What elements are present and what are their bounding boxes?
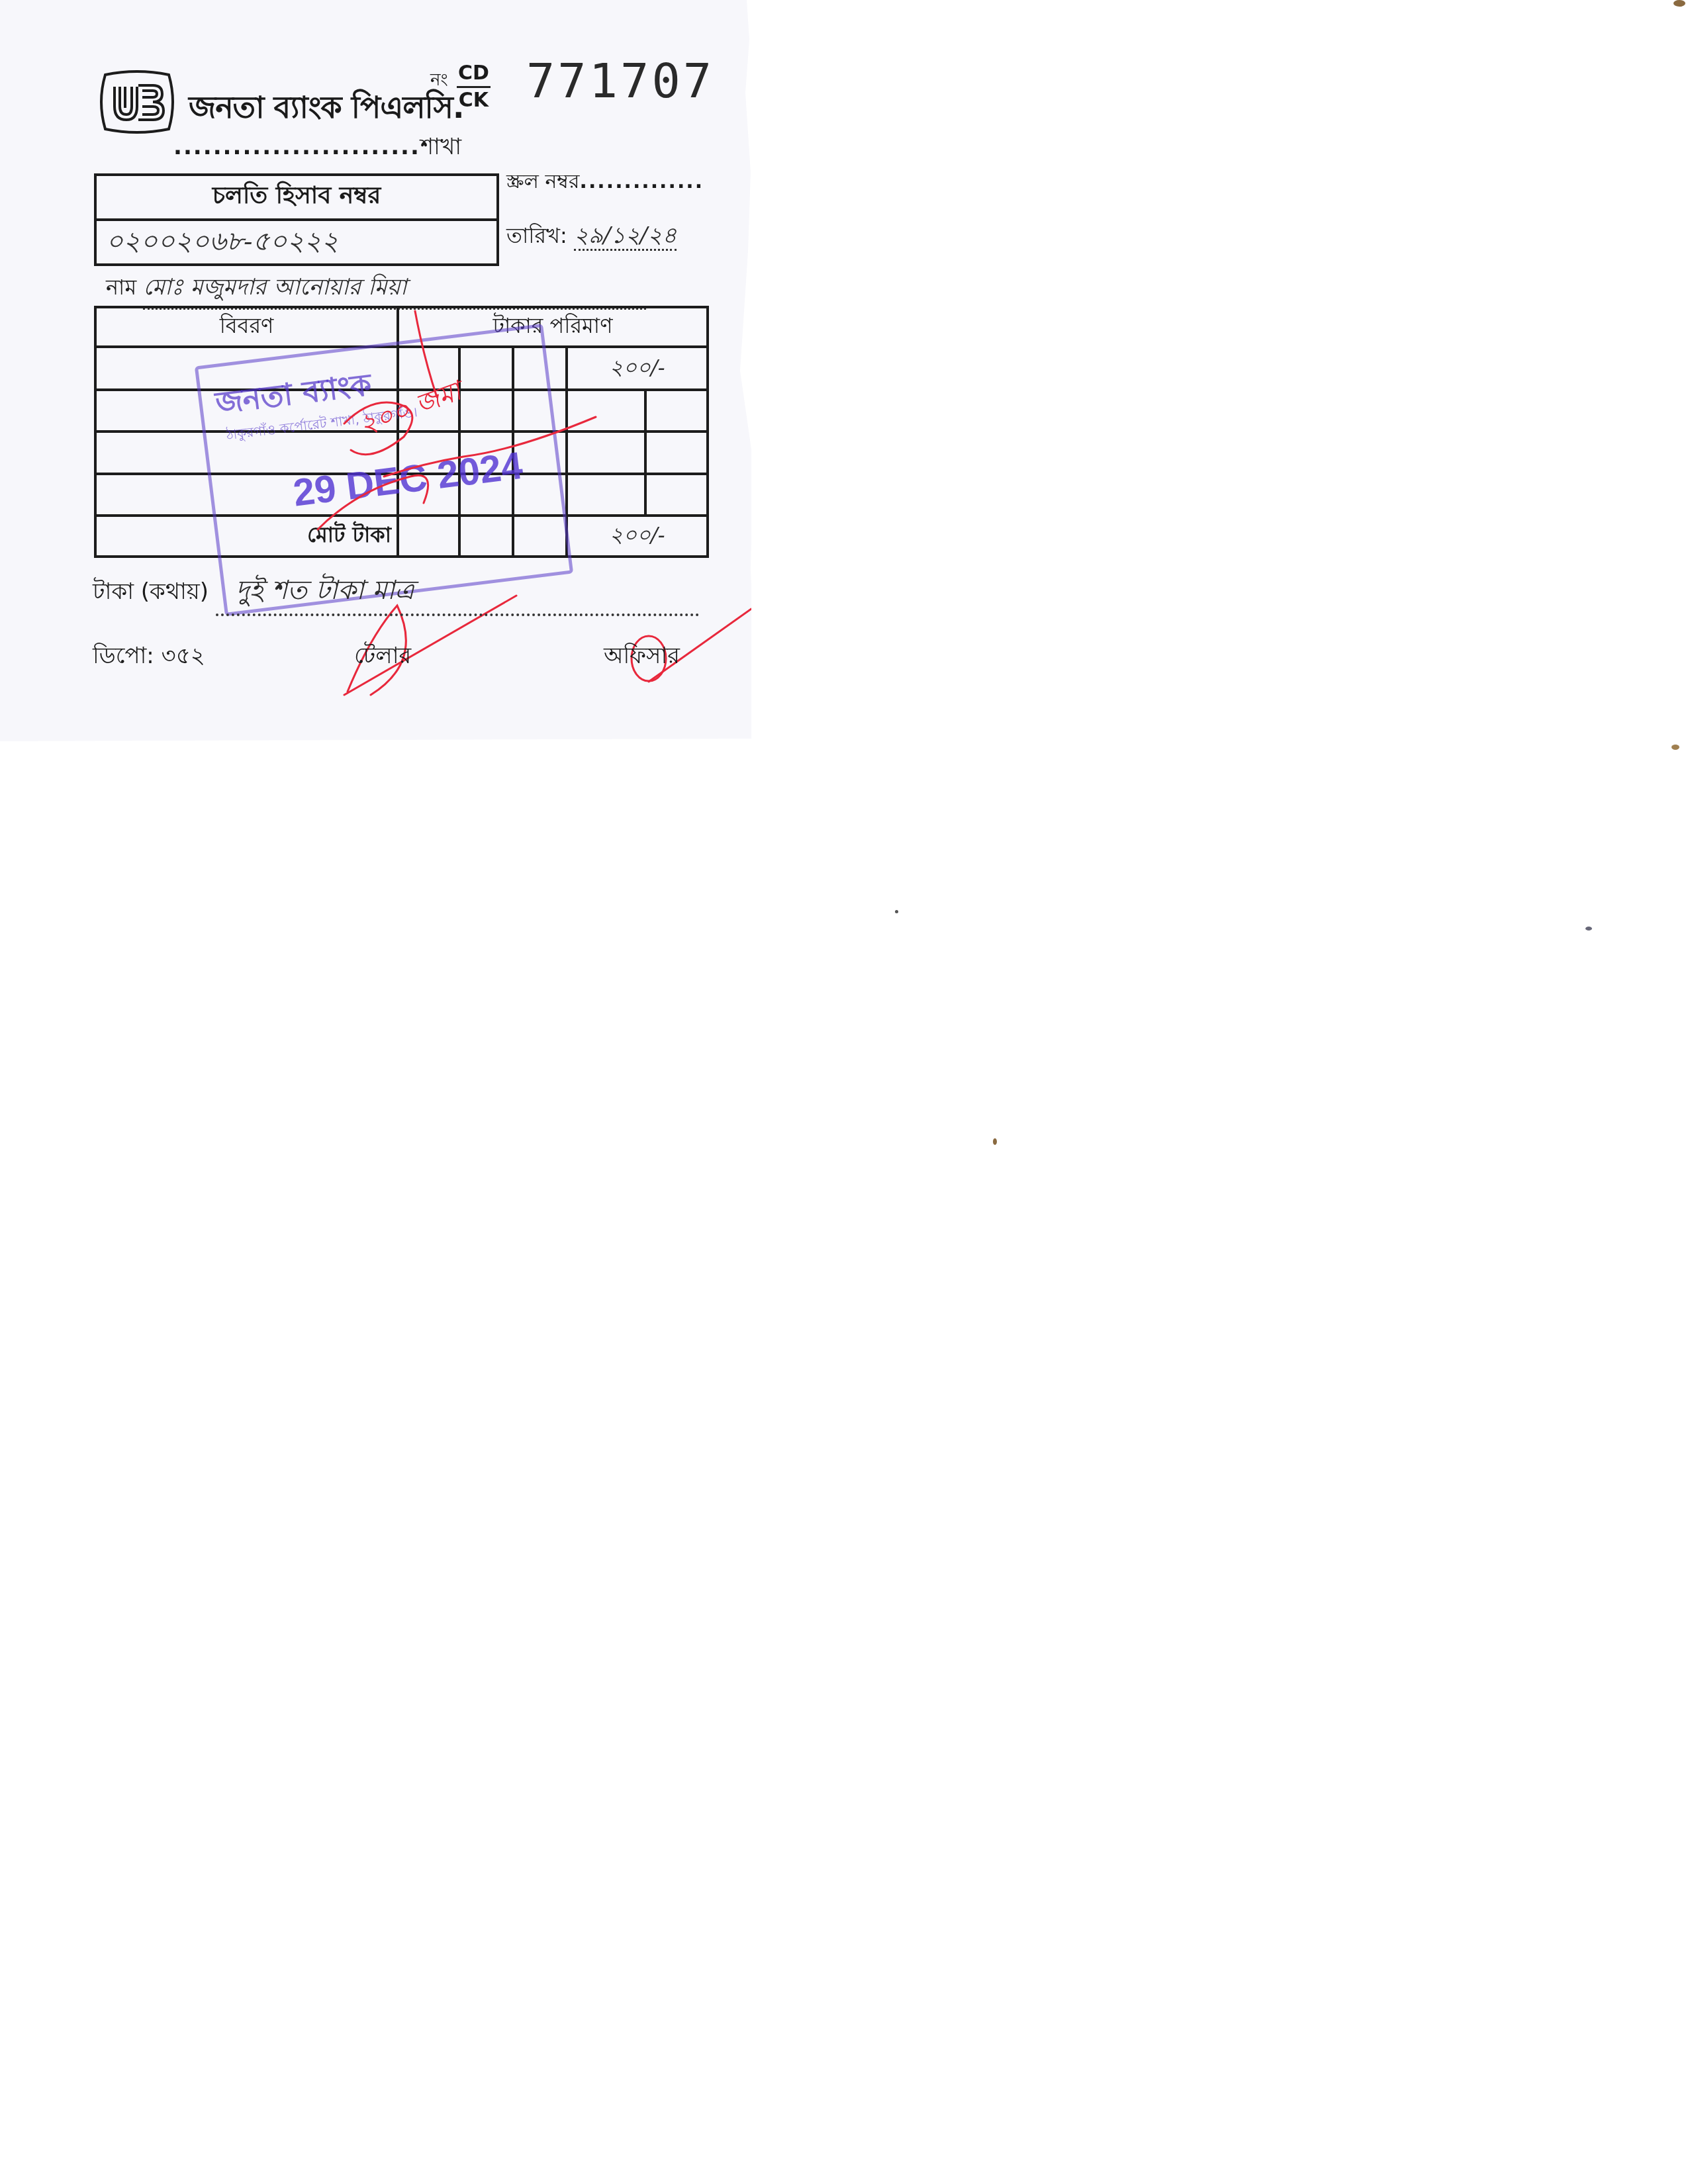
janata-bank-logo-icon [96,69,178,134]
scan-speck [1673,0,1685,7]
scan-speck [895,910,898,913]
name-value: মোঃ মজুমদার আনোয়ার মিয়া [143,270,646,310]
row-amount: ২০০/- [567,347,708,390]
code-ck: CK [457,88,491,113]
amount-in-words-value: দুই শত টাকা মাত্র [216,569,699,616]
total-amount: ২০০/- [567,516,708,557]
branch-blank: ......................... [173,134,420,160]
account-label: চলতি হিসাব নম্বর [97,176,496,221]
amount-in-words-label: টাকা (কথায়) [93,578,209,605]
branch-line: .........................শাখা [173,130,461,167]
teller-signature-label: টেলার [354,639,411,676]
stamp-date: 29 DEC 2024 [291,443,525,516]
account-type-code: CD CK [457,61,491,113]
date-value: ২৯/১২/২৪ [574,222,677,251]
name-field: নাম মোঃ মজুমদার আনোয়ার মিয়া [106,270,646,310]
serial-number: 771707 [526,53,714,109]
scan-speck [993,1138,997,1145]
account-number-box: চলতি হিসাব নম্বর ০২০০২০৬৮-৫০২২২ [94,173,499,266]
scan-speck [1671,745,1679,750]
serial-prefix: নং [430,66,448,95]
name-label: নাম [106,275,136,300]
date-field: তারিখ: ২৯/১২/২৪ [506,218,677,256]
officer-signature-label: অফিসার [604,639,680,676]
deposit-receipt: জনতা ব্যাংক পিএলসি. নং CD CK 771707 ....… [0,0,751,741]
branch-label: শাখা [420,134,461,160]
account-number-value: ০২০০২০৬৮-৫০২২২ [97,221,496,263]
scroll-number-field: স্ক্রল নম্বর.............. [506,165,704,199]
scroll-label: স্ক্রল নম্বর [506,170,580,193]
bank-name: জনতা ব্যাংক পিএলসি. [189,85,463,135]
depot-number: ডিপো: ৩৫২ [93,639,205,676]
header-description: বিবরণ [95,307,398,347]
date-label: তারিখ: [506,223,567,248]
amount-in-words-field: টাকা (কথায়) দুই শত টাকা মাত্র [93,569,699,616]
scan-speck [1585,927,1592,931]
code-cd: CD [457,61,491,88]
